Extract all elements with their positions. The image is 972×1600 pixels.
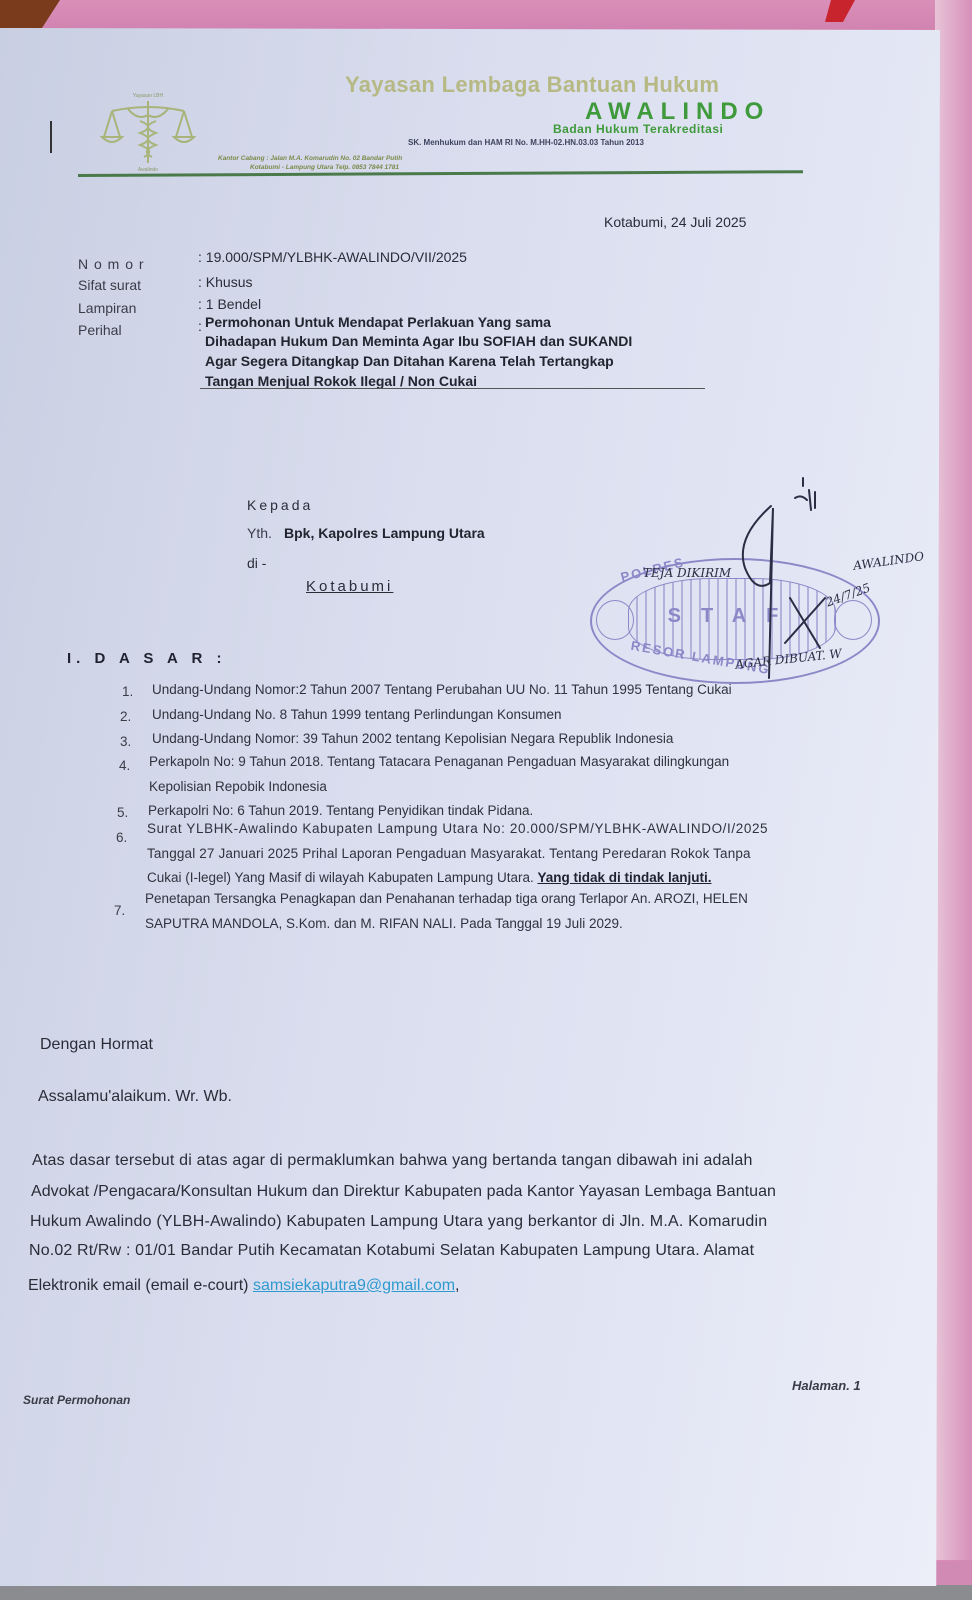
organization-name: Yayasan Lembaga Bantuan Hukum — [345, 72, 719, 98]
list-item-text: Undang-Undang Nomor: 39 Tahun 2002 tenta… — [152, 731, 673, 746]
list-item-number: 1. — [122, 684, 133, 699]
list-item-text: Kepolisian Repobik Indonesia — [149, 779, 327, 794]
list-item-number: 3. — [120, 734, 131, 749]
list-item-number: 4. — [119, 758, 130, 773]
pink-background-right — [935, 0, 972, 1560]
recipient-prefix: Yth. — [247, 525, 272, 541]
email-suffix: , — [455, 1277, 459, 1294]
nomor-label: N o m o r — [78, 256, 145, 272]
perihal-line: Dihadapan Hukum Dan Meminta Agar Ibu SOF… — [205, 333, 632, 349]
handwritten-note: TEJA DIKIRIM — [643, 566, 731, 580]
list-item-number: 7. — [114, 903, 125, 918]
logo-bottom-text: Awalindo — [98, 167, 198, 173]
greeting: Dengan Hormat — [40, 1036, 153, 1054]
letter-page: Yayasan LBH Awalindo Yayasan Lembaga Ban… — [0, 28, 940, 1586]
list-item-text: SAPUTRA MANDOLA, S.Kom. dan M. RIFAN NAL… — [145, 916, 623, 931]
body-line: Atas dasar tersebut di atas agar di perm… — [32, 1152, 753, 1170]
body-line: No.02 Rt/Rw : 01/01 Bandar Putih Kecamat… — [29, 1242, 754, 1260]
perihal-label: Perihal — [78, 322, 122, 338]
margin-mark — [50, 121, 52, 153]
perihal-line: Tangan Menjual Rokok Ilegal / Non Cukai — [205, 373, 477, 389]
section-title-dasar: I. D A S A R : — [67, 650, 226, 667]
recipient-name: Bpk, Kapolres Lampung Utara — [284, 525, 485, 541]
perihal-colon: : — [198, 318, 202, 334]
body-line: Hukum Awalindo (YLBH-Awalindo) Kabupaten… — [30, 1213, 767, 1231]
footer-page-number: Halaman. 1 — [792, 1378, 861, 1393]
list-item-text: Cukai (I-legel) Yang Masif di wilayah Ka… — [147, 870, 712, 885]
sifat-value: : Khusus — [198, 274, 252, 290]
nomor-value: : 19.000/SPM/YLBHK-AWALINDO/VII/2025 — [198, 249, 467, 265]
list-item-text: Undang-Undang No. 8 Tahun 1999 tentang P… — [152, 707, 562, 722]
sifat-label: Sifat surat — [78, 277, 141, 293]
organization-status: Badan Hukum Terakreditasi — [553, 122, 723, 136]
perihal-underline — [200, 388, 705, 389]
list-item-text: Tanggal 27 Januari 2025 Prihal Laporan P… — [147, 846, 751, 861]
lampiran-label: Lampiran — [78, 300, 136, 316]
scales-caduceus-icon — [98, 93, 198, 175]
recipient-label: Kepada — [247, 497, 313, 513]
list-item-text: Undang-Undang Nomor:2 Tahun 2007 Tentang… — [152, 682, 732, 697]
email-link[interactable]: samsiekaputra9@gmail.com — [253, 1277, 455, 1294]
organization-address-line1: Kantor Cabang : Jalan M.A. Komarudin No.… — [218, 155, 402, 162]
list-item-number: 6. — [116, 830, 127, 845]
list-item-text: Perkapoln No: 9 Tahun 2018. Tentang Tata… — [149, 754, 729, 769]
list-item-text: Surat YLBHK-Awalindo Kabupaten Lampung U… — [147, 821, 768, 836]
perihal-line: Agar Segera Ditangkap Dan Ditahan Karena… — [205, 353, 614, 369]
organization-decree: SK. Menhukum dan HAM RI No. M.HH-02.HN.0… — [408, 138, 644, 147]
recipient-city: Kotabumi — [306, 578, 393, 595]
list-item-emphasis: Yang tidak di tindak lanjuti. — [537, 870, 711, 885]
list-item-text: Perkapolri No: 6 Tahun 2019. Tentang Pen… — [148, 803, 533, 818]
list-item-text-plain: Cukai (I-legel) Yang Masif di wilayah Ka… — [147, 870, 534, 885]
organization-logo: Yayasan LBH Awalindo — [98, 93, 198, 175]
footer-document-type: Surat Permohonan — [23, 1393, 130, 1407]
bottom-bar — [0, 1585, 972, 1600]
organization-address-line2: Kotabumi - Lampung Utara Telp. 0853 7844… — [250, 164, 399, 171]
body-line: Advokat /Pengacara/Konsultan Hukum dan D… — [31, 1183, 776, 1201]
list-item-number: 5. — [117, 805, 128, 820]
salam: Assalamu'alaikum. Wr. Wb. — [38, 1088, 232, 1106]
perihal-line: Permohonan Untuk Mendapat Perlakuan Yang… — [205, 314, 551, 330]
body-line: Elektronik email (email e-court) samsiek… — [28, 1277, 460, 1295]
handwritten-signature: AWALINDO TEJA DIKIRIM 24/7/25 AGAR DIBUA… — [585, 468, 955, 698]
letter-date: Kotabumi, 24 Juli 2025 — [604, 214, 746, 230]
email-label: Elektronik email (email e-court) — [28, 1277, 253, 1294]
list-item-text: Penetapan Tersangka Penagkapan dan Penah… — [145, 891, 748, 906]
list-item-number: 2. — [120, 709, 131, 724]
recipient-di: di - — [247, 555, 266, 571]
lampiran-value: : 1 Bendel — [198, 296, 261, 312]
